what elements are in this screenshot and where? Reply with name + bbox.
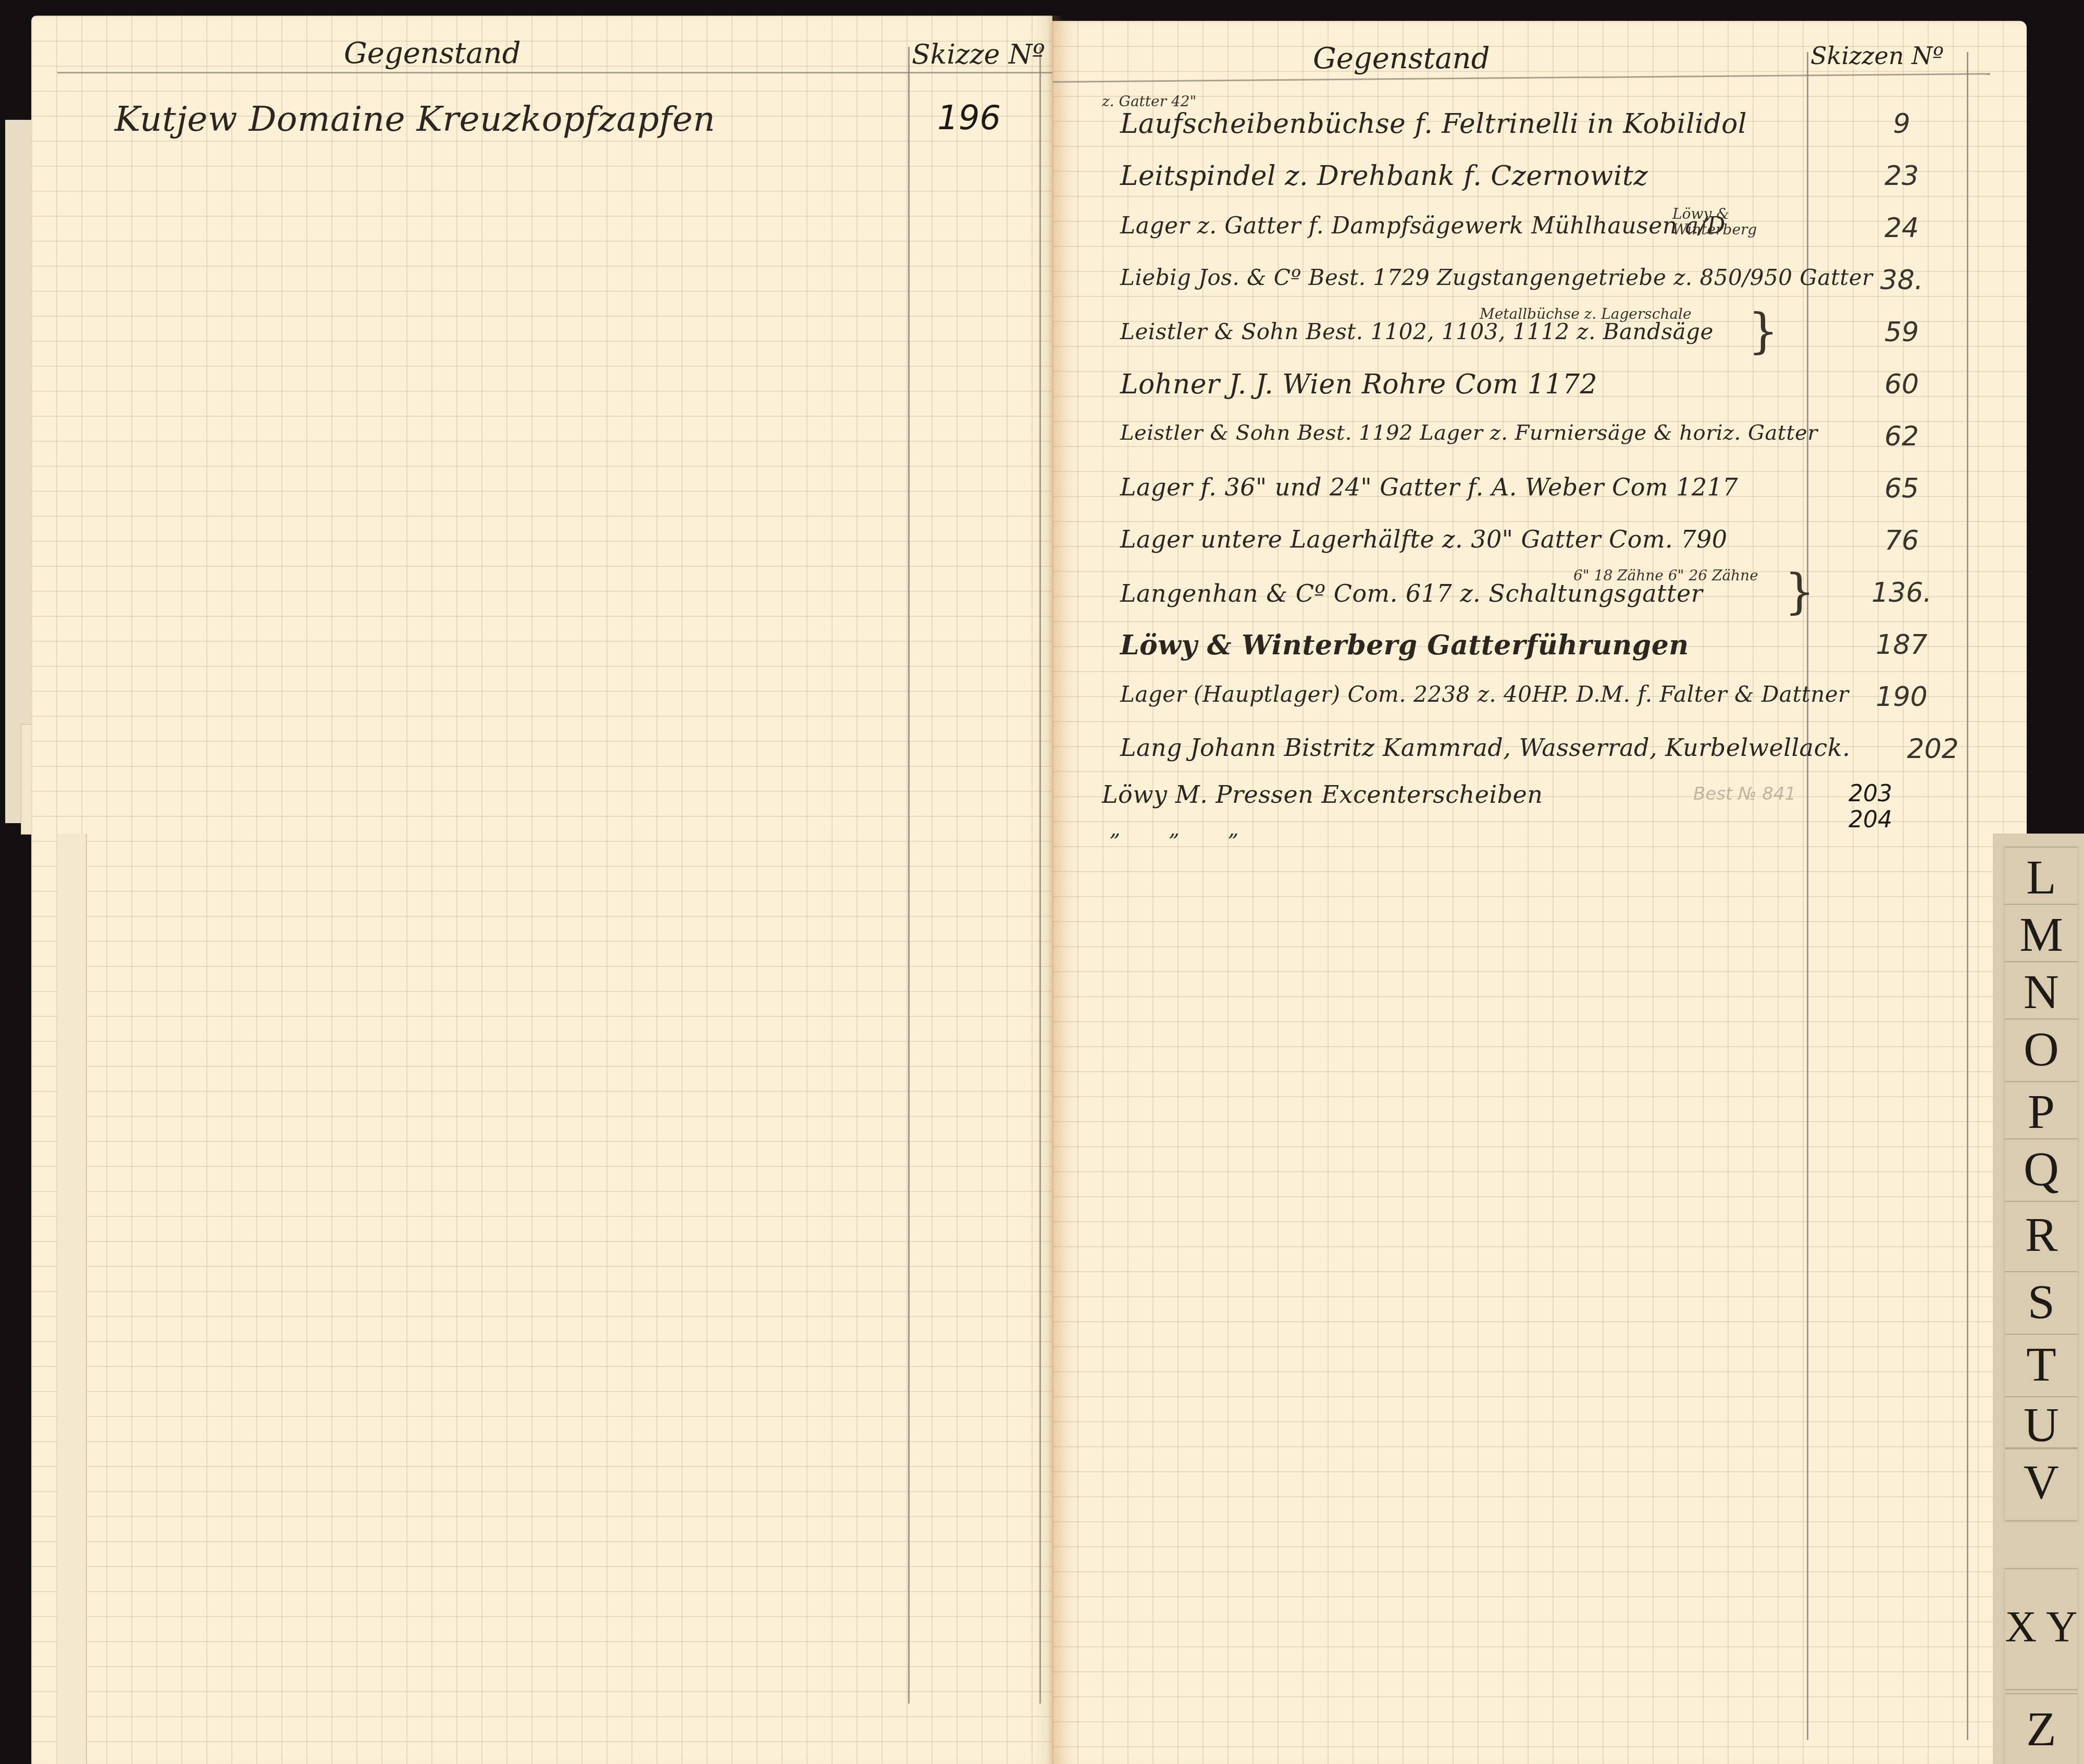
index-tab-z[interactable]: Z (2005, 1693, 2078, 1764)
entry-subject: Laufscheibenbüchse f. Feltrinelli in Kob… (1120, 108, 1747, 140)
entry-subject: Löwy & Winterberg Gatterführungen (1120, 629, 1689, 661)
ledger-row: Löwy & Winterberg Gatterführungen 187 (1052, 620, 2027, 677)
header-rule (57, 72, 1052, 73)
entry-subject: Liebig Jos. & Cº Best. 1729 Zugstangenge… (1120, 265, 1873, 290)
grouping-brace: } (1784, 564, 1815, 619)
entry-sketch-no: 76 (1850, 525, 1954, 556)
ledger-row: Lager z. Gatter f. Dampfsägewerk Mühlhau… (1052, 203, 2027, 260)
entry-subject: Lohner J. J. Wien Rohre Com 1172 (1120, 369, 1597, 400)
entry-sketch-no: 9 (1850, 108, 1954, 140)
entry-subject: Leitspindel z. Drehbank f. Czernowitz (1120, 160, 1648, 192)
index-tab-u[interactable]: U (2005, 1396, 2078, 1447)
index-tab-n[interactable]: N (2005, 961, 2078, 1020)
column-divider (908, 47, 910, 1704)
entry-sketch-no: 196 (917, 99, 1021, 138)
column-header-subject: Gegenstand (344, 36, 520, 70)
entry-subject: Kutjew Domaine Kreuzkopfzapfen (115, 99, 715, 139)
column-header-sketch-no: Skizze Nº (912, 39, 1045, 70)
index-tab-s[interactable]: S (2005, 1271, 2078, 1335)
index-tab-xy[interactable]: X Y (2005, 1568, 2078, 1689)
index-tab-t[interactable]: T (2005, 1334, 2078, 1397)
entry-superscript: 6" 18 Zähne 6" 26 Zähne (1573, 567, 1758, 584)
entry-superscript: Metallbüchse z. Lagerschale (1480, 305, 1692, 322)
entry-subject: Lager f. 36" und 24" Gatter f. A. Weber … (1120, 473, 1738, 501)
entry-sketch-no: 204 (1818, 806, 1922, 833)
index-tab-p[interactable]: P (2005, 1081, 2078, 1139)
right-page: Gegenstand Skizzen Nº z. Gatter 42" Lauf… (1052, 21, 2027, 1764)
column-header-sketch-no: Skizzen Nº (1810, 42, 1944, 70)
entry-superscript: Löwy & Winterberg (1672, 206, 1771, 238)
ledger-row: Lager f. 36" und 24" Gatter f. A. Weber … (1052, 464, 2027, 521)
entry-sketch-no: 190 (1850, 681, 1954, 713)
ledger-row: Lager (Hauptlager) Com. 2238 z. 40HP. D.… (1052, 672, 2027, 729)
ledger-row: Leistler & Sohn Best. 1102, 1103, 1112 z… (1052, 307, 2027, 365)
ledger-row: Leitspindel z. Drehbank f. Czernowitz 23 (1052, 151, 2027, 208)
entry-superscript: z. Gatter 42" (1102, 93, 1196, 110)
entry-subject: Lang Johann Bistritz Kammrad, Wasserrad,… (1120, 734, 1850, 762)
ledger-row: Liebig Jos. & Cº Best. 1729 Zugstangenge… (1052, 255, 2027, 313)
ledger-row: Lager untere Lagerhälfte z. 30" Gatter C… (1052, 516, 2027, 573)
index-tab-r[interactable]: R (2005, 1201, 2078, 1273)
column-divider-right (1039, 47, 1041, 1704)
entry-sketch-no: 62 (1850, 421, 1954, 452)
entry-sketch-no: 24 (1850, 213, 1954, 244)
header-rule (1052, 73, 1990, 83)
entry-sketch-no: 38. (1850, 265, 1954, 296)
entry-subject: Leistler & Sohn Best. 1192 Lager z. Furn… (1120, 421, 1818, 445)
ledger-row: Lohner J. J. Wien Rohre Com 1172 60 (1052, 359, 2027, 417)
left-page: Gegenstand Skizze Nº Kutjew Domaine Kreu… (31, 16, 1052, 1764)
entry-sketch-no: 202 (1881, 734, 1985, 765)
entry-sketch-no: 60 (1850, 369, 1954, 400)
entry-subject: Lager z. Gatter f. Dampfsägewerk Mühlhau… (1120, 213, 1726, 239)
entry-subject: Leistler & Sohn Best. 1102, 1103, 1112 z… (1120, 319, 1714, 344)
ledger-row: Kutjew Domaine Kreuzkopfzapfen 196 (31, 89, 1052, 146)
ledger-row: „ „ „ 204 (1052, 802, 2027, 860)
entry-subject: Lager (Hauptlager) Com. 2238 z. 40HP. D.… (1120, 681, 1849, 707)
entry-sketch-no: 187 (1850, 629, 1954, 661)
entry-sketch-no: 136. (1850, 577, 1954, 608)
index-tab-v[interactable]: V (2005, 1448, 2078, 1520)
entry-sketch-no: 59 (1850, 317, 1954, 348)
pencil-note: Best № 841 (1693, 784, 1796, 804)
entry-sketch-no: 23 (1850, 160, 1954, 192)
index-tab-l[interactable]: L (2005, 847, 2078, 905)
entry-subject: Lager untere Lagerhälfte z. 30" Gatter C… (1120, 525, 1728, 553)
ledger-row: Leistler & Sohn Best. 1192 Lager z. Furn… (1052, 412, 2027, 469)
index-tab-o[interactable]: O (2005, 1018, 2078, 1082)
entry-sketch-no: 65 (1850, 473, 1954, 504)
left-page-edge (57, 834, 87, 1764)
index-tab-m[interactable]: M (2005, 904, 2078, 962)
index-tab-q[interactable]: Q (2005, 1138, 2078, 1202)
column-header-subject: Gegenstand (1313, 42, 1490, 76)
entry-subject: „ „ „ (1110, 817, 1260, 841)
ledger-row: z. Gatter 42" Laufscheibenbüchse f. Felt… (1052, 99, 2027, 156)
ledger-row: Langenhan & Cº Com. 617 z. Schaltungsgat… (1052, 568, 2027, 625)
grouping-brace: } (1748, 303, 1779, 359)
